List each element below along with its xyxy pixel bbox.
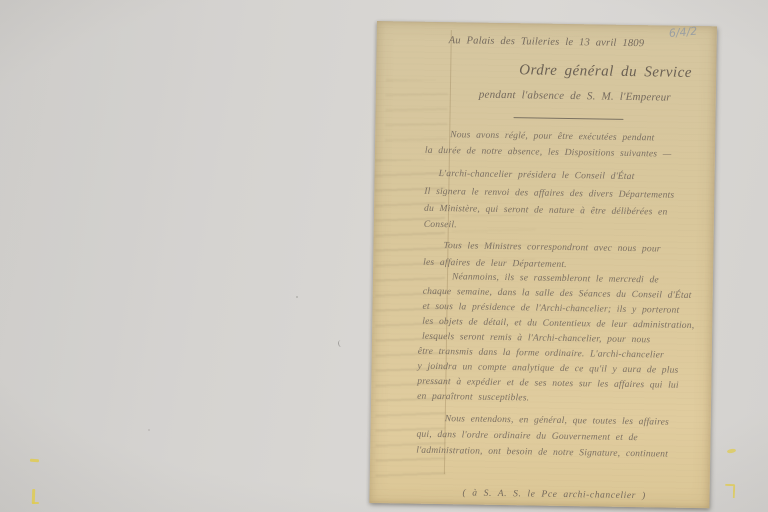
manuscript-line: y joindra un compte analytique de ce qu'… [417,362,678,376]
dust-speck [148,429,150,431]
dust-speck [338,340,345,348]
yellow-tape-mark [725,484,735,498]
yellow-tape-mark [32,502,39,504]
manuscript-page: 6/4/2 Au Palais des Tuileries le 13 avri… [369,21,717,508]
manuscript-line: les affaires de leur Département. [423,258,567,270]
manuscript-line: l'administration, ont besoin de notre Si… [416,446,668,460]
manuscript-line: Nous entendons, en général, que toutes l… [445,414,669,428]
manuscript-line: pressant à expédier et de ses notes sur … [417,377,679,391]
manuscript-line: Tous les Ministres correspondront avec n… [443,241,660,254]
manuscript-line: la durée de notre absence, les Dispositi… [425,146,672,160]
photo-backdrop: 6/4/2 Au Palais des Tuileries le 13 avri… [0,0,768,512]
manuscript-line: les objets de détail, et du Contentieux … [422,317,694,331]
manuscript-line: lesquels seront remis à l'Archi-chanceli… [422,332,650,346]
document-title: Ordre général du Service [519,62,692,82]
manuscript-line: et sous la présidence de l'Archi-chancel… [422,302,679,316]
dust-speck [296,296,298,298]
manuscript-line: Nous avons réglé, pour être exécutées pe… [450,130,654,143]
yellow-tape-mark [727,448,737,454]
margin-fold-line [444,30,452,474]
document-subtitle: pendant l'absence de S. M. l'Empereur [479,89,671,104]
yellow-tape-mark [30,459,39,462]
manuscript-line: du Ministère, qui seront de nature à êtr… [424,204,668,218]
manuscript-line: qui, dans l'ordre ordinaire du Gouvernem… [416,430,638,443]
dateline: Au Palais des Tuileries le 13 avril 1809 [449,35,645,49]
manuscript-line: être transmis dans la forme ordinaire. L… [418,347,664,361]
manuscript-line: Néanmoins, ils se rassembleront le mercr… [452,272,659,285]
manuscript-line: en paraîtront susceptibles. [417,392,529,404]
archive-number: 6/4/2 [668,25,697,40]
ink-bleedthrough [385,79,448,154]
manuscript-line: chaque semaine, dans la salle des Séance… [423,287,692,301]
addressee-note: ( à S. A. S. le Pce archi-chancelier ) [463,488,646,501]
manuscript-line: L'archi-chancelier présidera le Conseil … [439,169,635,182]
title-underline [513,117,623,120]
manuscript-line: Il signera le renvoi des affaires des di… [424,187,674,201]
manuscript-line: Conseil. [424,220,457,231]
